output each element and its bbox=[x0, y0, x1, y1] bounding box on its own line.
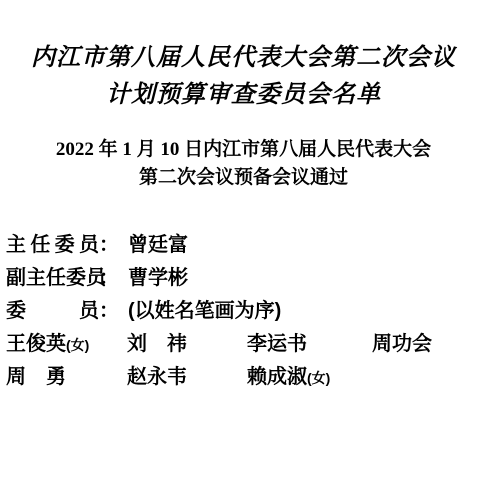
member-name: 李运书 bbox=[247, 333, 307, 355]
member-name: 周功会 bbox=[372, 333, 432, 355]
member-gender-suffix: (女) bbox=[307, 370, 330, 386]
members-sort-note: (以姓名笔画为序) bbox=[128, 294, 281, 323]
document-title-line1: 内江市第八届人民代表大会第二次会议 bbox=[0, 40, 487, 77]
vice-chairman-label-colon: ： bbox=[99, 267, 119, 289]
document-title-line2: 计划预算审查委员会名单 bbox=[0, 77, 487, 114]
vice-chairman-label: 副主任委员： bbox=[6, 261, 119, 290]
members-label: 委员： bbox=[6, 294, 119, 323]
approval-line2: 第二次会议预备会议通过 bbox=[0, 164, 487, 192]
committee-roster: 主任委员： 曾廷富 副主任委员： 曹学彬 委员： (以姓名笔画为序) 王俊英(女… bbox=[6, 228, 483, 393]
member-name: 王俊英 bbox=[6, 333, 66, 355]
member-row-2: 周 勇 赵永韦 赖成淑(女) bbox=[6, 360, 483, 393]
member-row-1: 王俊英(女) 刘 祎 李运书 周功会 bbox=[6, 327, 483, 360]
member-cell: 王俊英(女) bbox=[6, 327, 127, 356]
vice-chairman-row: 副主任委员： 曹学彬 bbox=[6, 261, 483, 294]
member-cell: 刘 祎 bbox=[127, 327, 247, 356]
approval-statement: 2022 年 1 月 10 日内江市第八届人民代表大会 第二次会议预备会议通过 bbox=[0, 136, 487, 192]
member-name: 刘 祎 bbox=[127, 333, 187, 355]
member-cell: 赖成淑(女) bbox=[247, 360, 372, 389]
member-name: 赵永韦 bbox=[127, 366, 187, 388]
member-cell: 周 勇 bbox=[6, 360, 127, 389]
chairman-row: 主任委员： 曾廷富 bbox=[6, 228, 483, 261]
member-gender-suffix: (女) bbox=[66, 337, 89, 353]
vice-chairman-label-text: 副主任委员 bbox=[6, 261, 99, 290]
chairman-label-text: 主任委员 bbox=[6, 228, 99, 257]
member-cell: 李运书 bbox=[247, 327, 372, 356]
member-name: 周 勇 bbox=[6, 366, 66, 388]
member-name: 赖成淑 bbox=[247, 366, 307, 388]
vice-chairman-name: 曹学彬 bbox=[128, 261, 188, 290]
chairman-name: 曾廷富 bbox=[128, 228, 188, 257]
member-cell: 赵永韦 bbox=[127, 360, 247, 389]
approval-line1: 2022 年 1 月 10 日内江市第八届人民代表大会 bbox=[0, 136, 487, 164]
members-heading-row: 委员： (以姓名笔画为序) bbox=[6, 294, 483, 327]
member-cell: 周功会 bbox=[372, 327, 483, 356]
document-page: 内江市第八届人民代表大会第二次会议 计划预算审查委员会名单 2022 年 1 月… bbox=[0, 0, 487, 478]
document-title: 内江市第八届人民代表大会第二次会议 计划预算审查委员会名单 bbox=[0, 40, 487, 114]
members-label-text: 委员 bbox=[6, 294, 99, 323]
chairman-label-colon: ： bbox=[99, 234, 119, 256]
members-label-colon: ： bbox=[99, 300, 119, 322]
chairman-label: 主任委员： bbox=[6, 228, 119, 257]
